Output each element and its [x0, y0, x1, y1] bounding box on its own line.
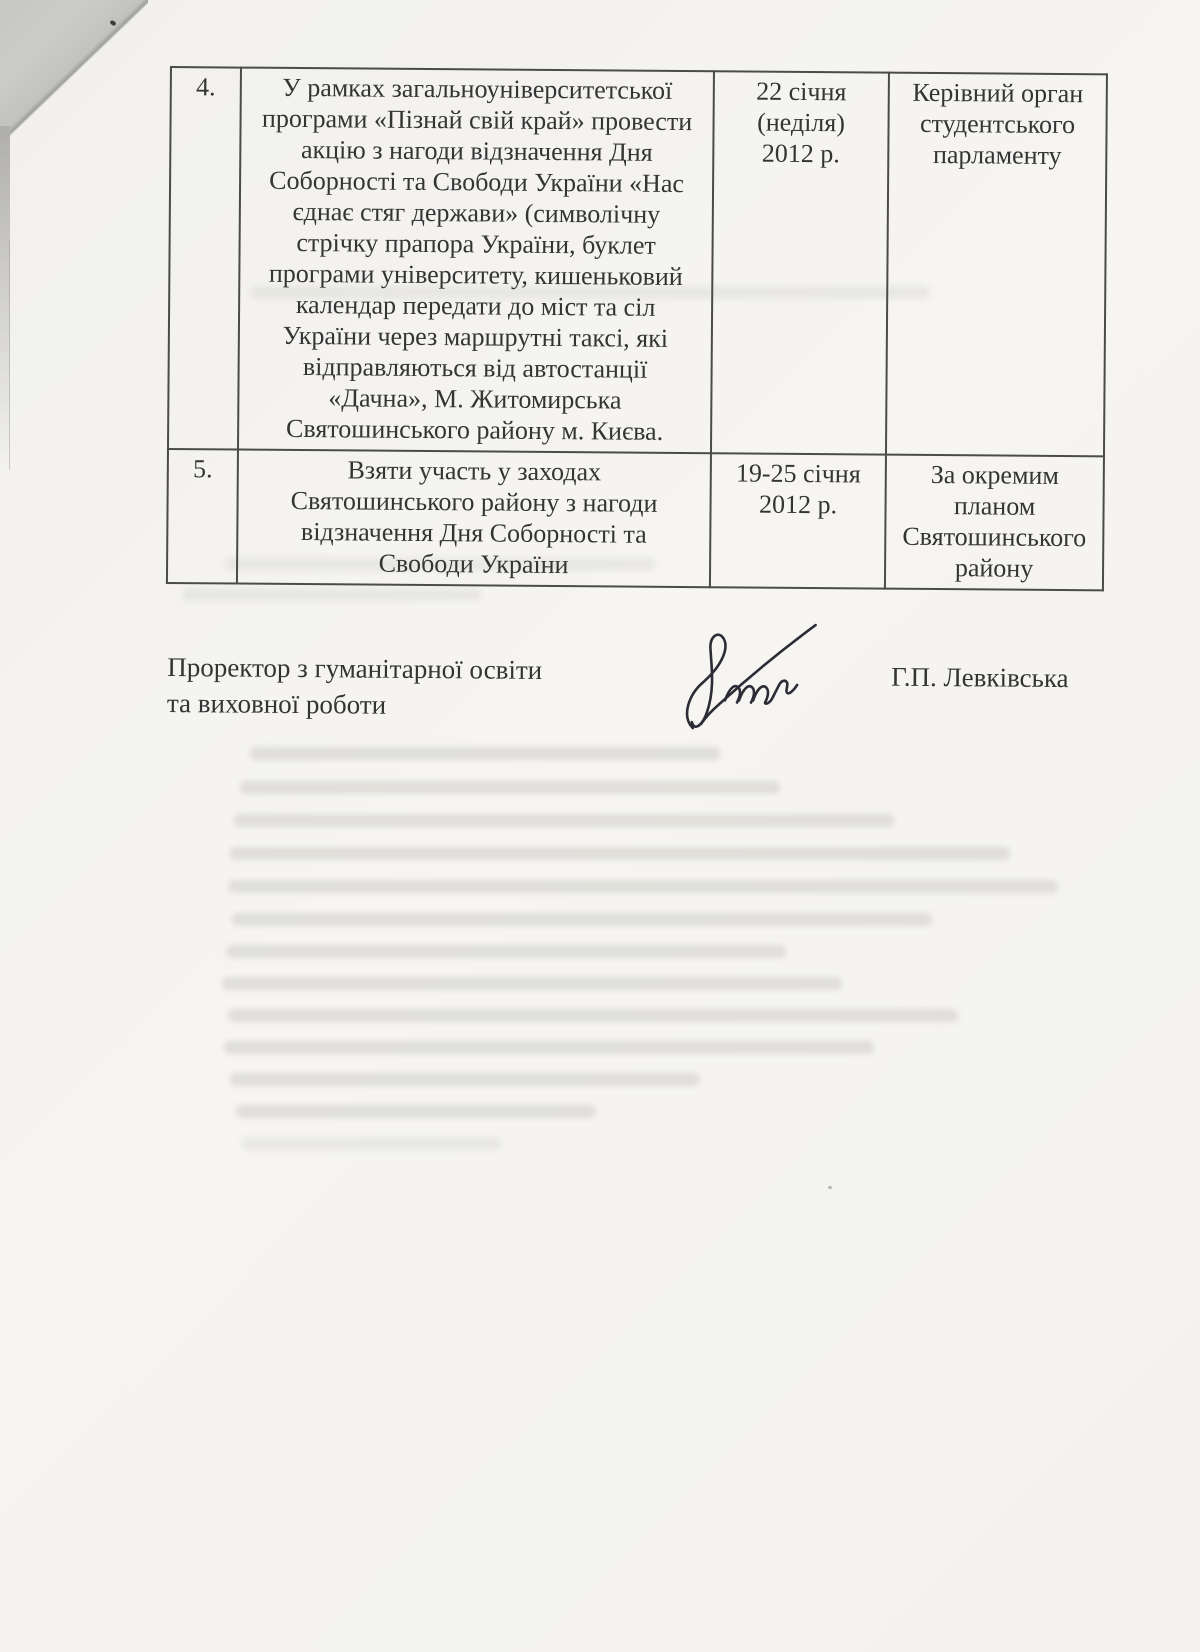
- row-number-cell: 5.: [167, 449, 238, 584]
- table-row: 4. У рамках загальноуніверситетської про…: [168, 67, 1107, 456]
- task-cell: Взяти участь у заходах Святошинського ра…: [237, 450, 711, 588]
- bleed-through-line: [242, 1137, 502, 1150]
- paper-edge-line: [9, 240, 10, 470]
- schedule-table: 4. У рамках загальноуніверситетської про…: [166, 66, 1108, 591]
- responsible-cell: Керівний орган студентського парламенту: [886, 73, 1107, 457]
- scanned-document-page: { "page": { "background_color": "#f4f3f0…: [0, 0, 1200, 1652]
- page-fold-corner: [0, 0, 148, 142]
- task-cell: У рамках загальноуніверситетської програ…: [238, 68, 714, 454]
- date-cell: 22 січня (неділя) 2012 р.: [711, 71, 889, 454]
- handwritten-signature-icon: [663, 608, 834, 739]
- signatory-name: Г.П. Левківська: [891, 662, 1069, 694]
- table-row: 5. Взяти участь у заходах Святошинського…: [167, 449, 1104, 590]
- bleed-through-line: [236, 1105, 596, 1118]
- bleed-through-line: [230, 1073, 700, 1086]
- row-number-cell: 4.: [168, 67, 241, 450]
- signatory-title: Проректор з гуманітарної освіти та вихов…: [167, 649, 628, 725]
- date-cell: 19-25 січня 2012 р.: [710, 453, 886, 588]
- responsible-cell: За окремим планом Святошинського району: [885, 455, 1104, 591]
- document-content: 4. У рамках загальноуніверситетської про…: [162, 66, 1130, 1074]
- ink-speck: [828, 1186, 832, 1189]
